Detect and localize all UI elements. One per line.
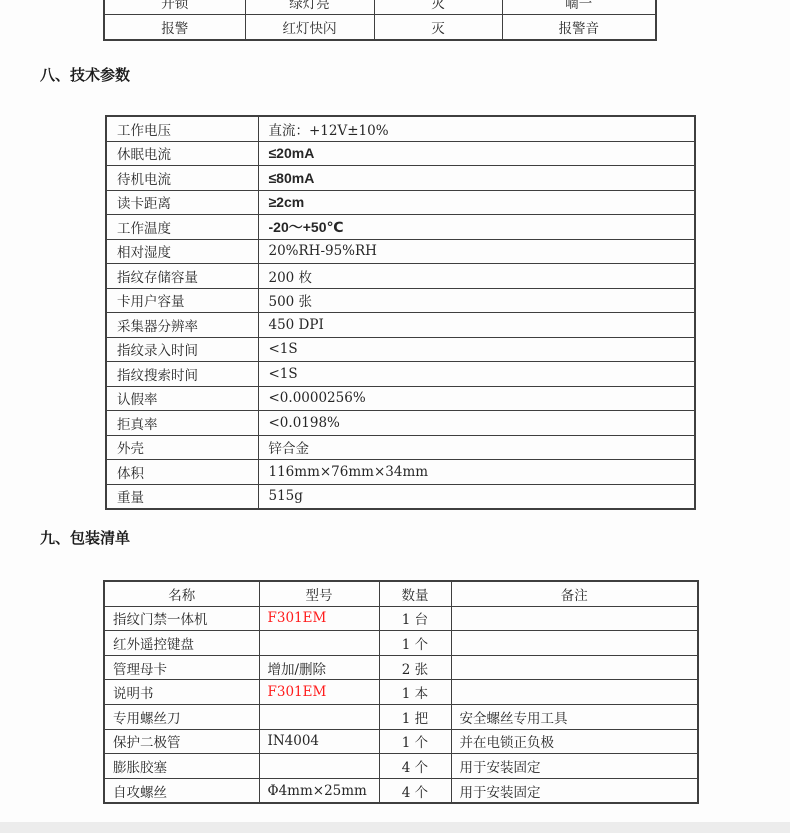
param-row: 指纹录入时间<1S xyxy=(106,337,695,362)
status-cell: 报警 xyxy=(104,15,245,41)
status-cell: 开锁 xyxy=(104,0,245,15)
section-title-packing-list: 九、包装清单 xyxy=(40,529,130,549)
packing-model: F301EM xyxy=(259,680,379,705)
param-value: 500 张 xyxy=(258,288,695,313)
param-row: 卡用户容量500 张 xyxy=(106,288,695,313)
param-value: ≤20mA xyxy=(258,141,695,166)
status-row: 开锁绿灯亮灭嘀一 xyxy=(104,0,656,15)
param-label: 卡用户容量 xyxy=(106,288,258,313)
packing-list-table: 名称型号数量备注 指纹门禁一体机F301EM1 台红外遥控键盘1 个管理母卡增加… xyxy=(103,580,699,804)
packing-note: 用于安装固定 xyxy=(451,754,698,779)
packing-name: 红外遥控键盘 xyxy=(104,631,259,656)
param-label: 工作温度 xyxy=(106,215,258,240)
param-label: 体积 xyxy=(106,460,258,485)
packing-model xyxy=(259,631,379,656)
packing-row: 指纹门禁一体机F301EM1 台 xyxy=(104,606,698,631)
packing-qty: 1 本 xyxy=(379,680,451,705)
status-row: 报警红灯快闪灭报警音 xyxy=(104,15,656,41)
param-value: 515g xyxy=(258,484,695,509)
packing-model xyxy=(259,754,379,779)
param-row: 指纹搜索时间<1S xyxy=(106,362,695,387)
packing-model: F301EM xyxy=(259,606,379,631)
page-bottom-band xyxy=(0,822,790,833)
packing-row: 红外遥控键盘1 个 xyxy=(104,631,698,656)
packing-qty: 1 个 xyxy=(379,729,451,754)
status-cell: 绿灯亮 xyxy=(245,0,374,15)
status-cell: 报警音 xyxy=(502,15,656,41)
packing-qty: 2 张 xyxy=(379,655,451,680)
packing-note xyxy=(451,606,698,631)
param-value: <1S xyxy=(258,362,695,387)
packing-note xyxy=(451,631,698,656)
packing-header-row: 名称型号数量备注 xyxy=(104,581,698,606)
packing-model: IN4004 xyxy=(259,729,379,754)
param-value: 450 DPI xyxy=(258,313,695,338)
param-value: 20%RH-95%RH xyxy=(258,239,695,264)
param-label: 待机电流 xyxy=(106,166,258,191)
param-label: 读卡距离 xyxy=(106,190,258,215)
packing-qty: 4 个 xyxy=(379,778,451,803)
packing-qty: 1 把 xyxy=(379,704,451,729)
param-row: 工作温度-20～+50℃ xyxy=(106,215,695,240)
param-value: ≥2cm xyxy=(258,190,695,215)
status-table: 开锁绿灯亮灭嘀一报警红灯快闪灭报警音 xyxy=(103,0,657,41)
packing-header-cell: 备注 xyxy=(451,581,698,606)
param-label: 工作电压 xyxy=(106,116,258,141)
param-row: 采集器分辨率450 DPI xyxy=(106,313,695,338)
packing-qty: 1 台 xyxy=(379,606,451,631)
param-row: 拒真率<0.0198% xyxy=(106,411,695,436)
param-value: ≤80mA xyxy=(258,166,695,191)
param-row: 相对湿度20%RH-95%RH xyxy=(106,239,695,264)
param-label: 外壳 xyxy=(106,435,258,460)
param-label: 指纹存储容量 xyxy=(106,264,258,289)
packing-name: 说明书 xyxy=(104,680,259,705)
param-value: -20～+50℃ xyxy=(258,215,695,240)
packing-model xyxy=(259,704,379,729)
tech-params-table: 工作电压直流：+12V±10%休眠电流≤20mA待机电流≤80mA读卡距离≥2c… xyxy=(105,115,696,510)
packing-name: 管理母卡 xyxy=(104,655,259,680)
packing-qty: 1 个 xyxy=(379,631,451,656)
packing-qty: 4 个 xyxy=(379,754,451,779)
param-label: 认假率 xyxy=(106,386,258,411)
param-value: 200 枚 xyxy=(258,264,695,289)
packing-row: 管理母卡增加/删除2 张 xyxy=(104,655,698,680)
packing-row: 专用螺丝刀1 把安全螺丝专用工具 xyxy=(104,704,698,729)
param-value: <1S xyxy=(258,337,695,362)
param-row: 重量515g xyxy=(106,484,695,509)
packing-row: 保护二极管IN40041 个并在电锁正负极 xyxy=(104,729,698,754)
param-value: 116mm×76mm×34mm xyxy=(258,460,695,485)
packing-note: 安全螺丝专用工具 xyxy=(451,704,698,729)
param-label: 采集器分辨率 xyxy=(106,313,258,338)
param-row: 外壳锌合金 xyxy=(106,435,695,460)
section-title-tech-params: 八、技术参数 xyxy=(40,66,130,86)
param-label: 重量 xyxy=(106,484,258,509)
param-label: 指纹录入时间 xyxy=(106,337,258,362)
param-label: 拒真率 xyxy=(106,411,258,436)
packing-name: 指纹门禁一体机 xyxy=(104,606,259,631)
packing-name: 保护二极管 xyxy=(104,729,259,754)
param-row: 待机电流≤80mA xyxy=(106,166,695,191)
packing-header-cell: 名称 xyxy=(104,581,259,606)
packing-model: Φ4mm×25mm xyxy=(259,778,379,803)
packing-row: 说明书F301EM1 本 xyxy=(104,680,698,705)
status-cell: 灭 xyxy=(374,15,502,41)
status-cell: 嘀一 xyxy=(502,0,656,15)
status-cell: 红灯快闪 xyxy=(245,15,374,41)
packing-name: 专用螺丝刀 xyxy=(104,704,259,729)
param-label: 指纹搜索时间 xyxy=(106,362,258,387)
param-row: 体积116mm×76mm×34mm xyxy=(106,460,695,485)
packing-note xyxy=(451,680,698,705)
packing-row: 自攻螺丝Φ4mm×25mm4 个用于安装固定 xyxy=(104,778,698,803)
packing-note: 并在电锁正负极 xyxy=(451,729,698,754)
param-row: 读卡距离≥2cm xyxy=(106,190,695,215)
param-value: 锌合金 xyxy=(258,435,695,460)
param-value: 直流：+12V±10% xyxy=(258,116,695,141)
param-value: <0.0000256% xyxy=(258,386,695,411)
packing-header-cell: 型号 xyxy=(259,581,379,606)
param-row: 休眠电流≤20mA xyxy=(106,141,695,166)
param-row: 指纹存储容量200 枚 xyxy=(106,264,695,289)
packing-name: 膨胀胶塞 xyxy=(104,754,259,779)
packing-name: 自攻螺丝 xyxy=(104,778,259,803)
packing-header-cell: 数量 xyxy=(379,581,451,606)
param-row: 工作电压直流：+12V±10% xyxy=(106,116,695,141)
packing-note xyxy=(451,655,698,680)
packing-model: 增加/删除 xyxy=(259,655,379,680)
param-label: 相对湿度 xyxy=(106,239,258,264)
document-page: 开锁绿灯亮灭嘀一报警红灯快闪灭报警音 八、技术参数 工作电压直流：+12V±10… xyxy=(0,0,790,833)
packing-row: 膨胀胶塞4 个用于安装固定 xyxy=(104,754,698,779)
status-cell: 灭 xyxy=(374,0,502,15)
param-value: <0.0198% xyxy=(258,411,695,436)
param-label: 休眠电流 xyxy=(106,141,258,166)
param-row: 认假率<0.0000256% xyxy=(106,386,695,411)
packing-note: 用于安装固定 xyxy=(451,778,698,803)
